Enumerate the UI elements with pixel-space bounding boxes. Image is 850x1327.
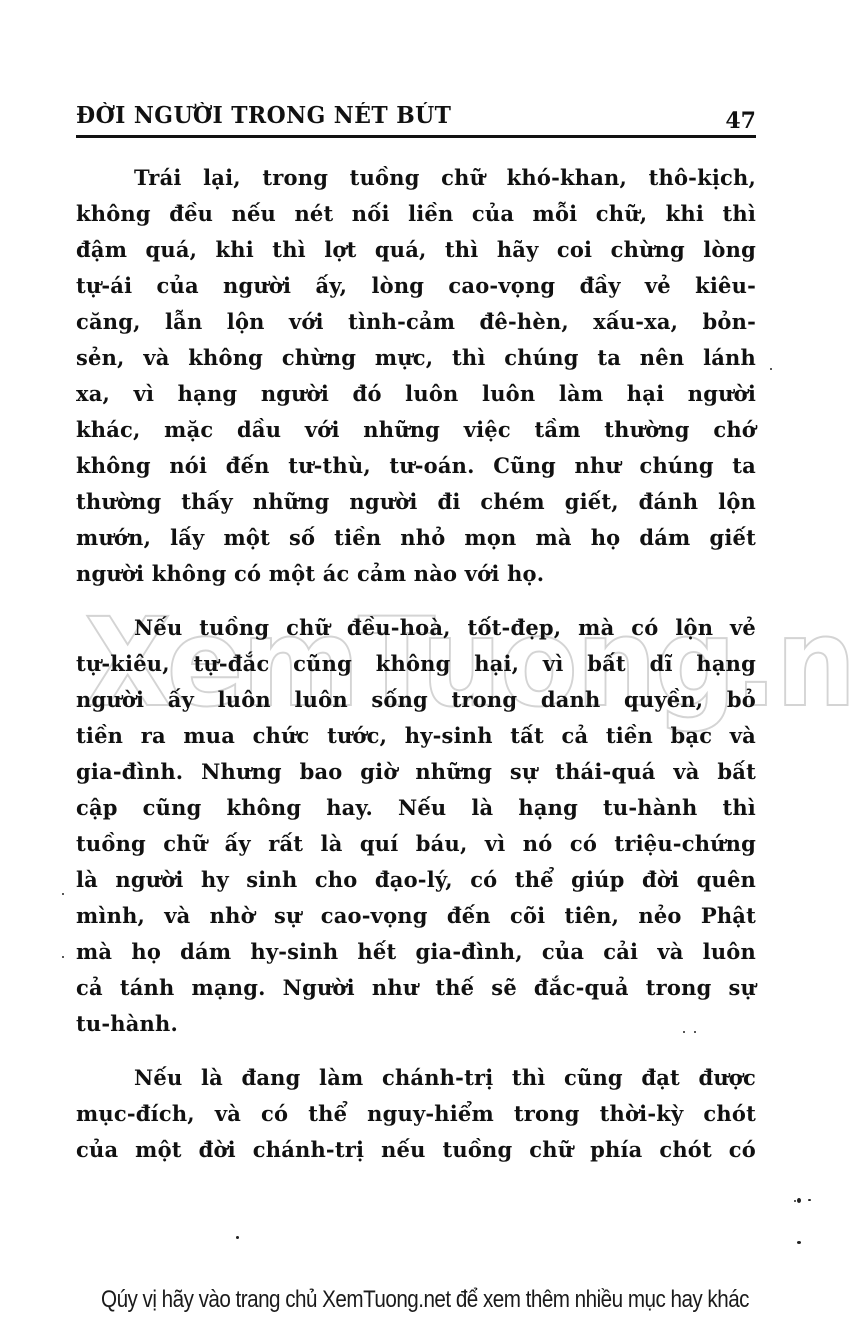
- scan-speck: [62, 956, 64, 958]
- text-line: xa, vì hạng người đó luôn luôn làm hại n…: [76, 376, 756, 412]
- paragraph-spacer: [76, 592, 756, 610]
- header-rule: [76, 135, 756, 138]
- text-line: Nếu là đang làm chánh-trị thì cũng đạt đ…: [76, 1060, 756, 1096]
- text-line: Nếu tuồng chữ đều-hoà, tốt-đẹp, mà có lộ…: [76, 610, 756, 646]
- page-number: 47: [725, 108, 756, 134]
- text-line: căng, lẫn lộn với tình-cảm đê-hèn, xấu-x…: [76, 304, 756, 340]
- paragraph-spacer: [76, 1042, 756, 1060]
- text-line: Trái lại, trong tuồng chữ khó-khan, thô-…: [76, 160, 756, 196]
- text-line: của một đời chánh-trị nếu tuồng chữ phía…: [76, 1132, 756, 1168]
- paragraph-3: Nếu là đang làm chánh-trị thì cũng đạt đ…: [76, 1060, 756, 1168]
- scan-speck: [794, 1200, 796, 1202]
- text-line: là người hy sinh cho đạo-lý, có thể giúp…: [76, 862, 756, 898]
- text-line: tự-kiêu, tự-đắc cũng không hại, vì bất d…: [76, 646, 756, 682]
- text-line: khác, mặc dầu với những việc tầm thường …: [76, 412, 756, 448]
- text-line: tiền ra mua chức tước, hy-sinh tất cả ti…: [76, 718, 756, 754]
- text-line: thường thấy những người đi chém giết, đá…: [76, 484, 756, 520]
- text-line: đậm quá, khi thì lợt quá, thì hãy coi ch…: [76, 232, 756, 268]
- text-line: mình, và nhờ sự cao-vọng đến cõi tiên, n…: [76, 898, 756, 934]
- text-line: sẻn, và không chừng mực, thì chúng ta nê…: [76, 340, 756, 376]
- text-line: tu-hành.: [76, 1006, 756, 1042]
- site-footer-caption: Qúy vị hãy vào trang chủ XemTuong.net để…: [60, 1286, 791, 1314]
- scan-speck: [797, 1198, 801, 1203]
- scan-speck: [236, 1236, 239, 1239]
- text-line: cả tánh mạng. Người như thế sẽ đắc-quả t…: [76, 970, 756, 1006]
- scan-speck: [797, 1241, 801, 1244]
- text-line: gia-đình. Nhưng bao giờ những sự thái-qu…: [76, 754, 756, 790]
- text-line: mướn, lấy một số tiền nhỏ mọn mà họ dám …: [76, 520, 756, 556]
- body-text: Trái lại, trong tuồng chữ khó-khan, thô-…: [76, 160, 756, 1168]
- text-line: tự-ái của người ấy, lòng cao-vọng đầy vẻ…: [76, 268, 756, 304]
- text-line: mà họ dám hy-sinh hết gia-đình, của cải …: [76, 934, 756, 970]
- text-line: người ấy luôn luôn sống trong danh quyền…: [76, 682, 756, 718]
- text-line: người không có một ác cảm nào với họ.: [76, 556, 756, 592]
- running-head: ĐỜI NGƯỜI TRONG NÉT BÚT 47: [76, 98, 756, 138]
- text-line: tuồng chữ ấy rất là quí báu, vì nó có tr…: [76, 826, 756, 862]
- scan-speck: [770, 368, 772, 370]
- paragraph-2: Nếu tuồng chữ đều-hoà, tốt-đẹp, mà có lộ…: [76, 610, 756, 1042]
- scan-speck: [62, 893, 64, 895]
- paragraph-1: Trái lại, trong tuồng chữ khó-khan, thô-…: [76, 160, 756, 592]
- text-line: mục-đích, và có thể nguy-hiểm trong thời…: [76, 1096, 756, 1132]
- book-title: ĐỜI NGƯỜI TRONG NÉT BÚT: [76, 102, 451, 129]
- text-line: không đều nếu nét nối liền của mỗi chữ, …: [76, 196, 756, 232]
- text-line: không nói đến tư-thù, tư-oán. Cũng như c…: [76, 448, 756, 484]
- scanned-book-page: ĐỜI NGƯỜI TRONG NÉT BÚT 47 XemTuong.net …: [0, 0, 850, 1327]
- scan-speck: [808, 1199, 811, 1201]
- text-line: cập cũng không hay. Nếu là hạng tu-hành …: [76, 790, 756, 826]
